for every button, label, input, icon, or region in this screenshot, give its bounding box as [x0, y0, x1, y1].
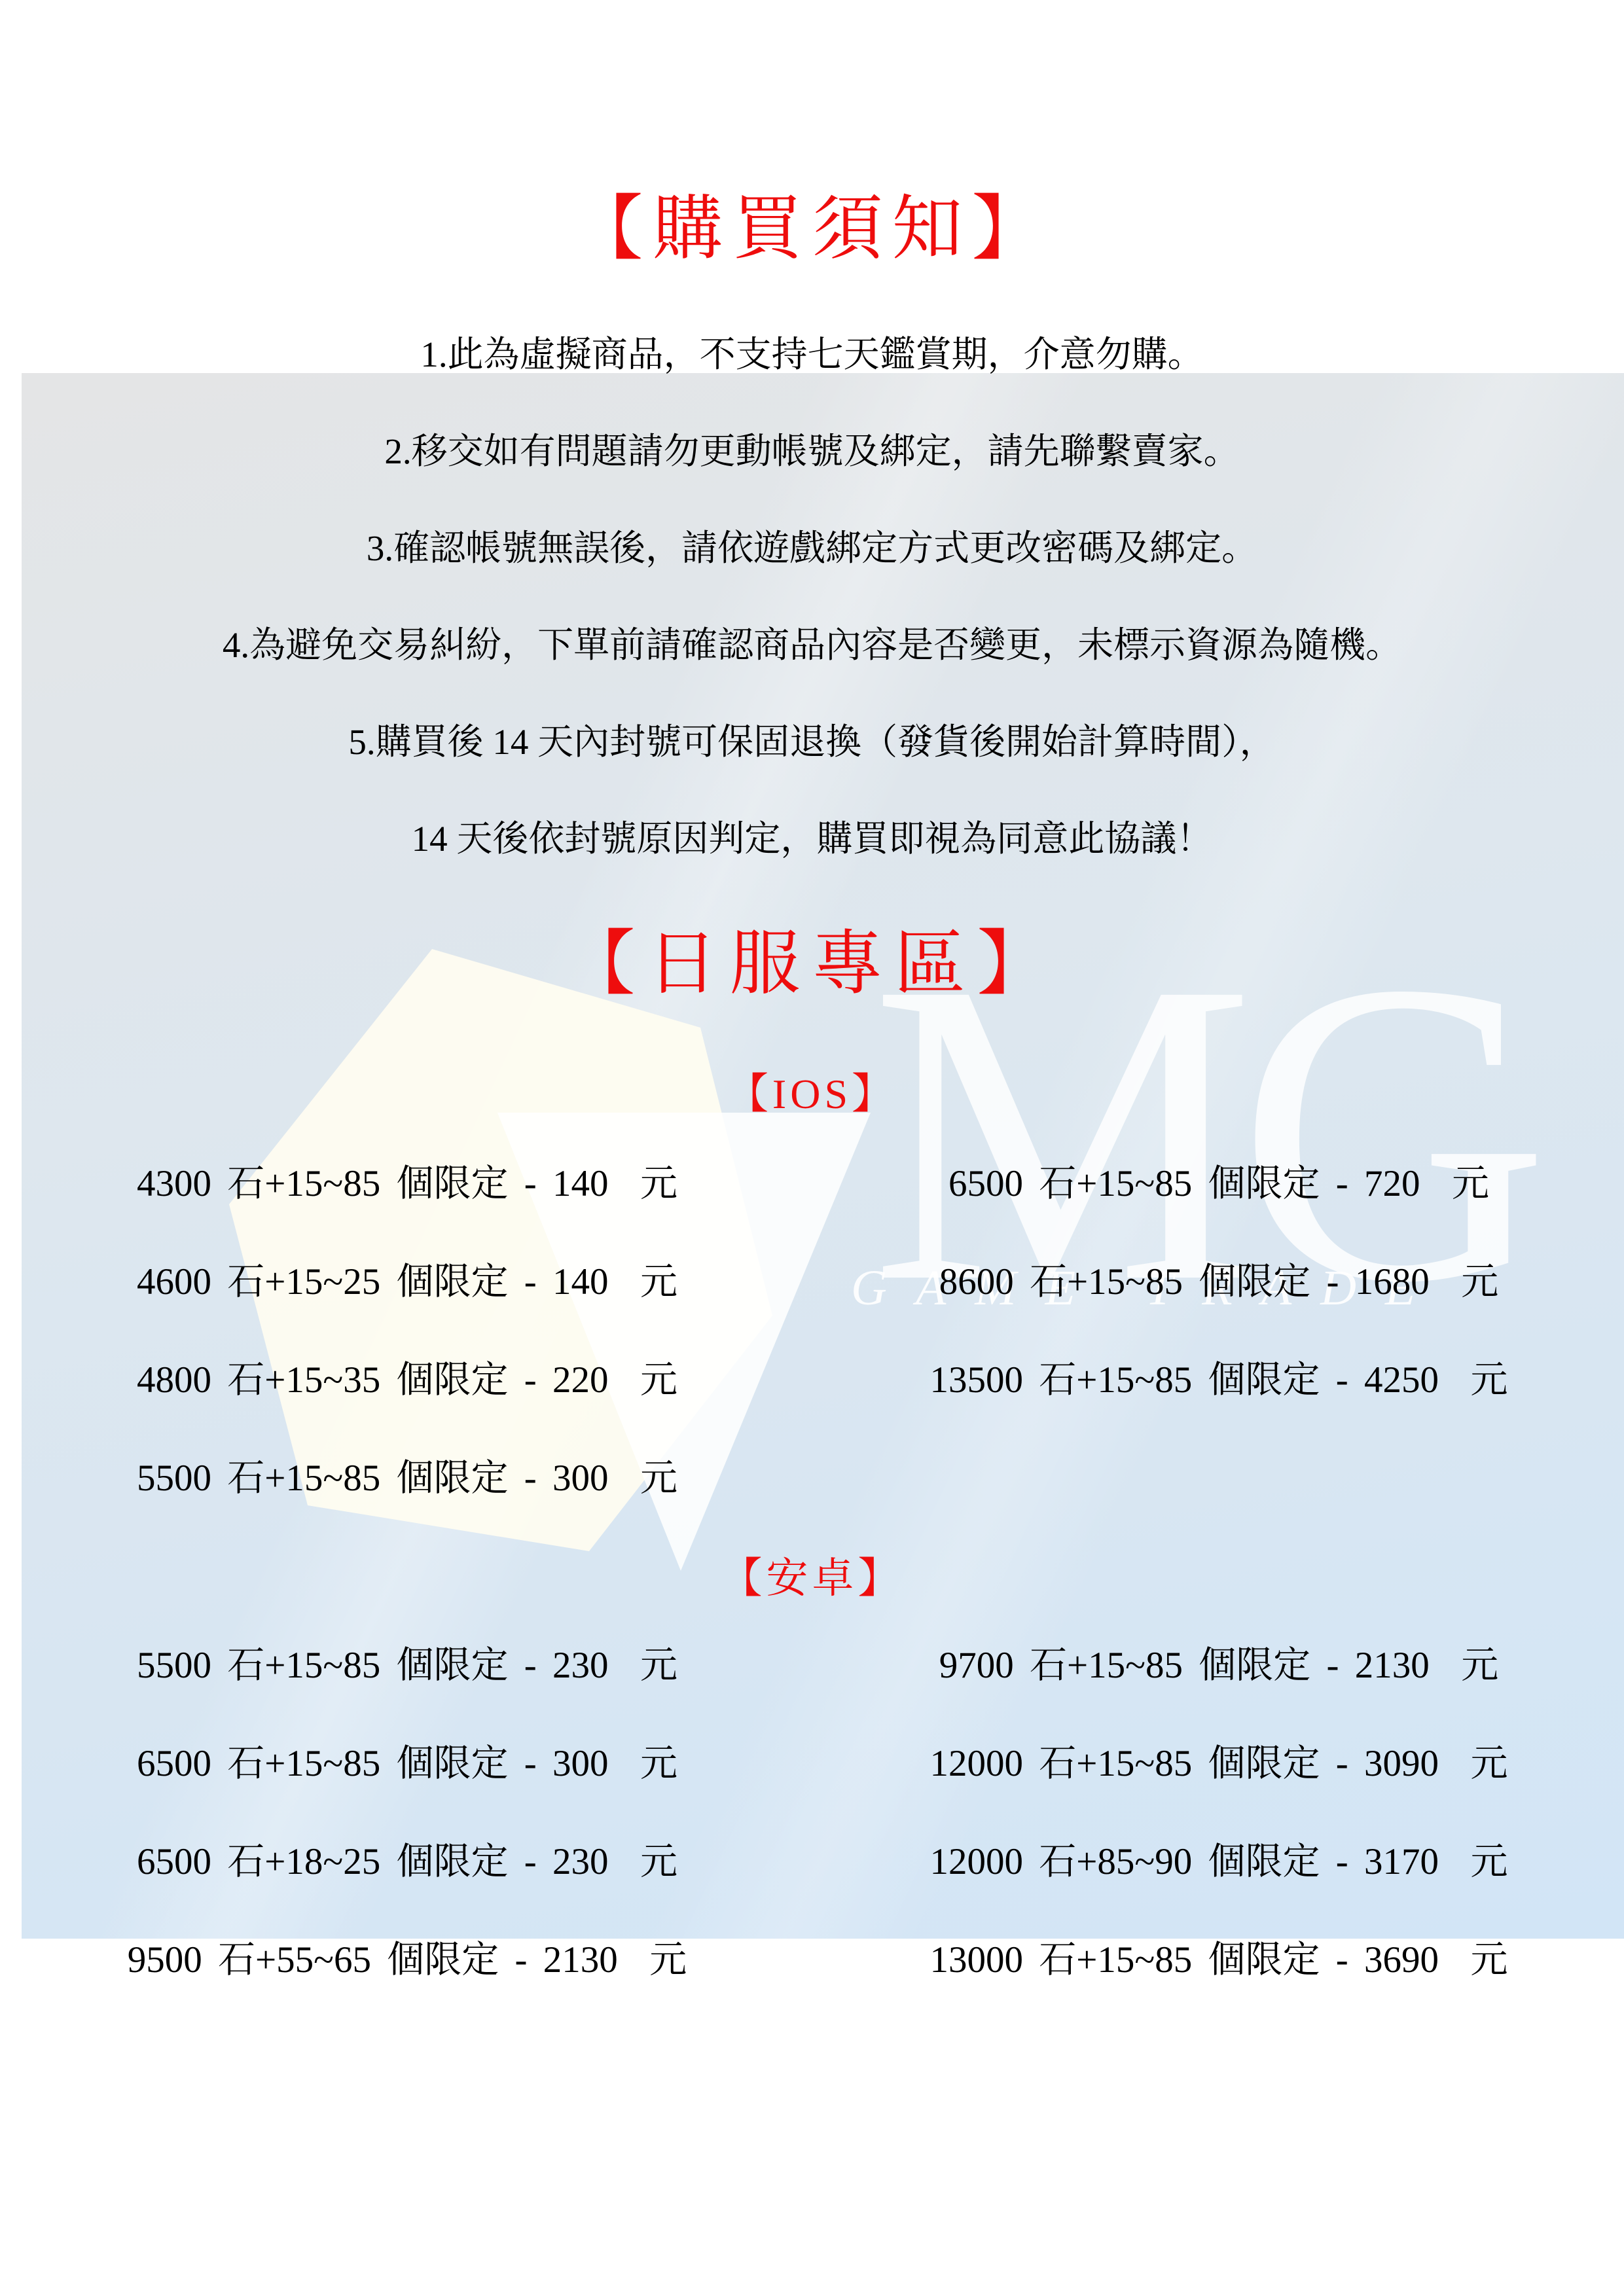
price-item-ios: 4300 石+15~85 個限定 - 140 元 — [14, 1153, 800, 1207]
note-line-1: 1.此為虛擬商品，不支持七天鑑賞期，介意勿購。 — [0, 306, 1624, 403]
platform-label-android: 【安卓】 — [0, 1545, 1624, 1605]
note-line-4: 4.為避免交易糾紛，下單前請確認商品內容是否變更，未標示資源為隨機。 — [0, 597, 1624, 694]
price-item-ios: 4600 石+15~25 個限定 - 140 元 — [14, 1251, 800, 1305]
price-item-android: 9500 石+55~65 個限定 - 2130 元 — [14, 1929, 800, 1983]
note-line-2: 2.移交如有問題請勿更動帳號及綁定，請先聯繫賣家。 — [0, 403, 1624, 500]
price-item-android: 9700 石+15~85 個限定 - 2130 元 — [826, 1635, 1612, 1689]
price-item-android: 6500 石+15~85 個限定 - 300 元 — [14, 1733, 800, 1787]
price-item-ios: 13500 石+15~85 個限定 - 4250 元 — [826, 1350, 1612, 1403]
page-title: 【購買須知】 — [0, 171, 1624, 273]
note-line-5-continued: 14 天後依封號原因判定，購買即視為同意此協議！ — [0, 791, 1624, 888]
section-title-jp-server: 【日服專區】 — [0, 906, 1624, 1008]
purchase-notes: 1.此為虛擬商品，不支持七天鑑賞期，介意勿購。 2.移交如有問題請勿更動帳號及綁… — [0, 306, 1624, 888]
price-item-ios: 4800 石+15~35 個限定 - 220 元 — [14, 1350, 800, 1403]
price-item-android: 12000 石+15~85 個限定 - 3090 元 — [826, 1733, 1612, 1787]
price-item-ios: 6500 石+15~85 個限定 - 720 元 — [826, 1153, 1612, 1207]
platform-label-ios: 【IOS】 — [0, 1060, 1624, 1121]
price-item-android: 5500 石+15~85 個限定 - 230 元 — [14, 1635, 800, 1689]
price-item-android: 13000 石+15~85 個限定 - 3690 元 — [826, 1929, 1612, 1983]
price-item-android: 6500 石+18~25 個限定 - 230 元 — [14, 1831, 800, 1885]
price-item-ios: 5500 石+15~85 個限定 - 300 元 — [14, 1448, 800, 1501]
note-line-5: 5.購買後 14 天內封號可保固退換（發貨後開始計算時間）， — [0, 694, 1624, 791]
price-item-android: 12000 石+85~90 個限定 - 3170 元 — [826, 1831, 1612, 1885]
note-line-3: 3.確認帳號無誤後，請依遊戲綁定方式更改密碼及綁定。 — [0, 500, 1624, 597]
notice-page: 【購買須知】 1.此為虛擬商品，不支持七天鑑賞期，介意勿購。 2.移交如有問題請… — [0, 0, 1624, 2296]
price-item-ios: 8600 石+15~85 個限定 - 1680 元 — [826, 1251, 1612, 1305]
